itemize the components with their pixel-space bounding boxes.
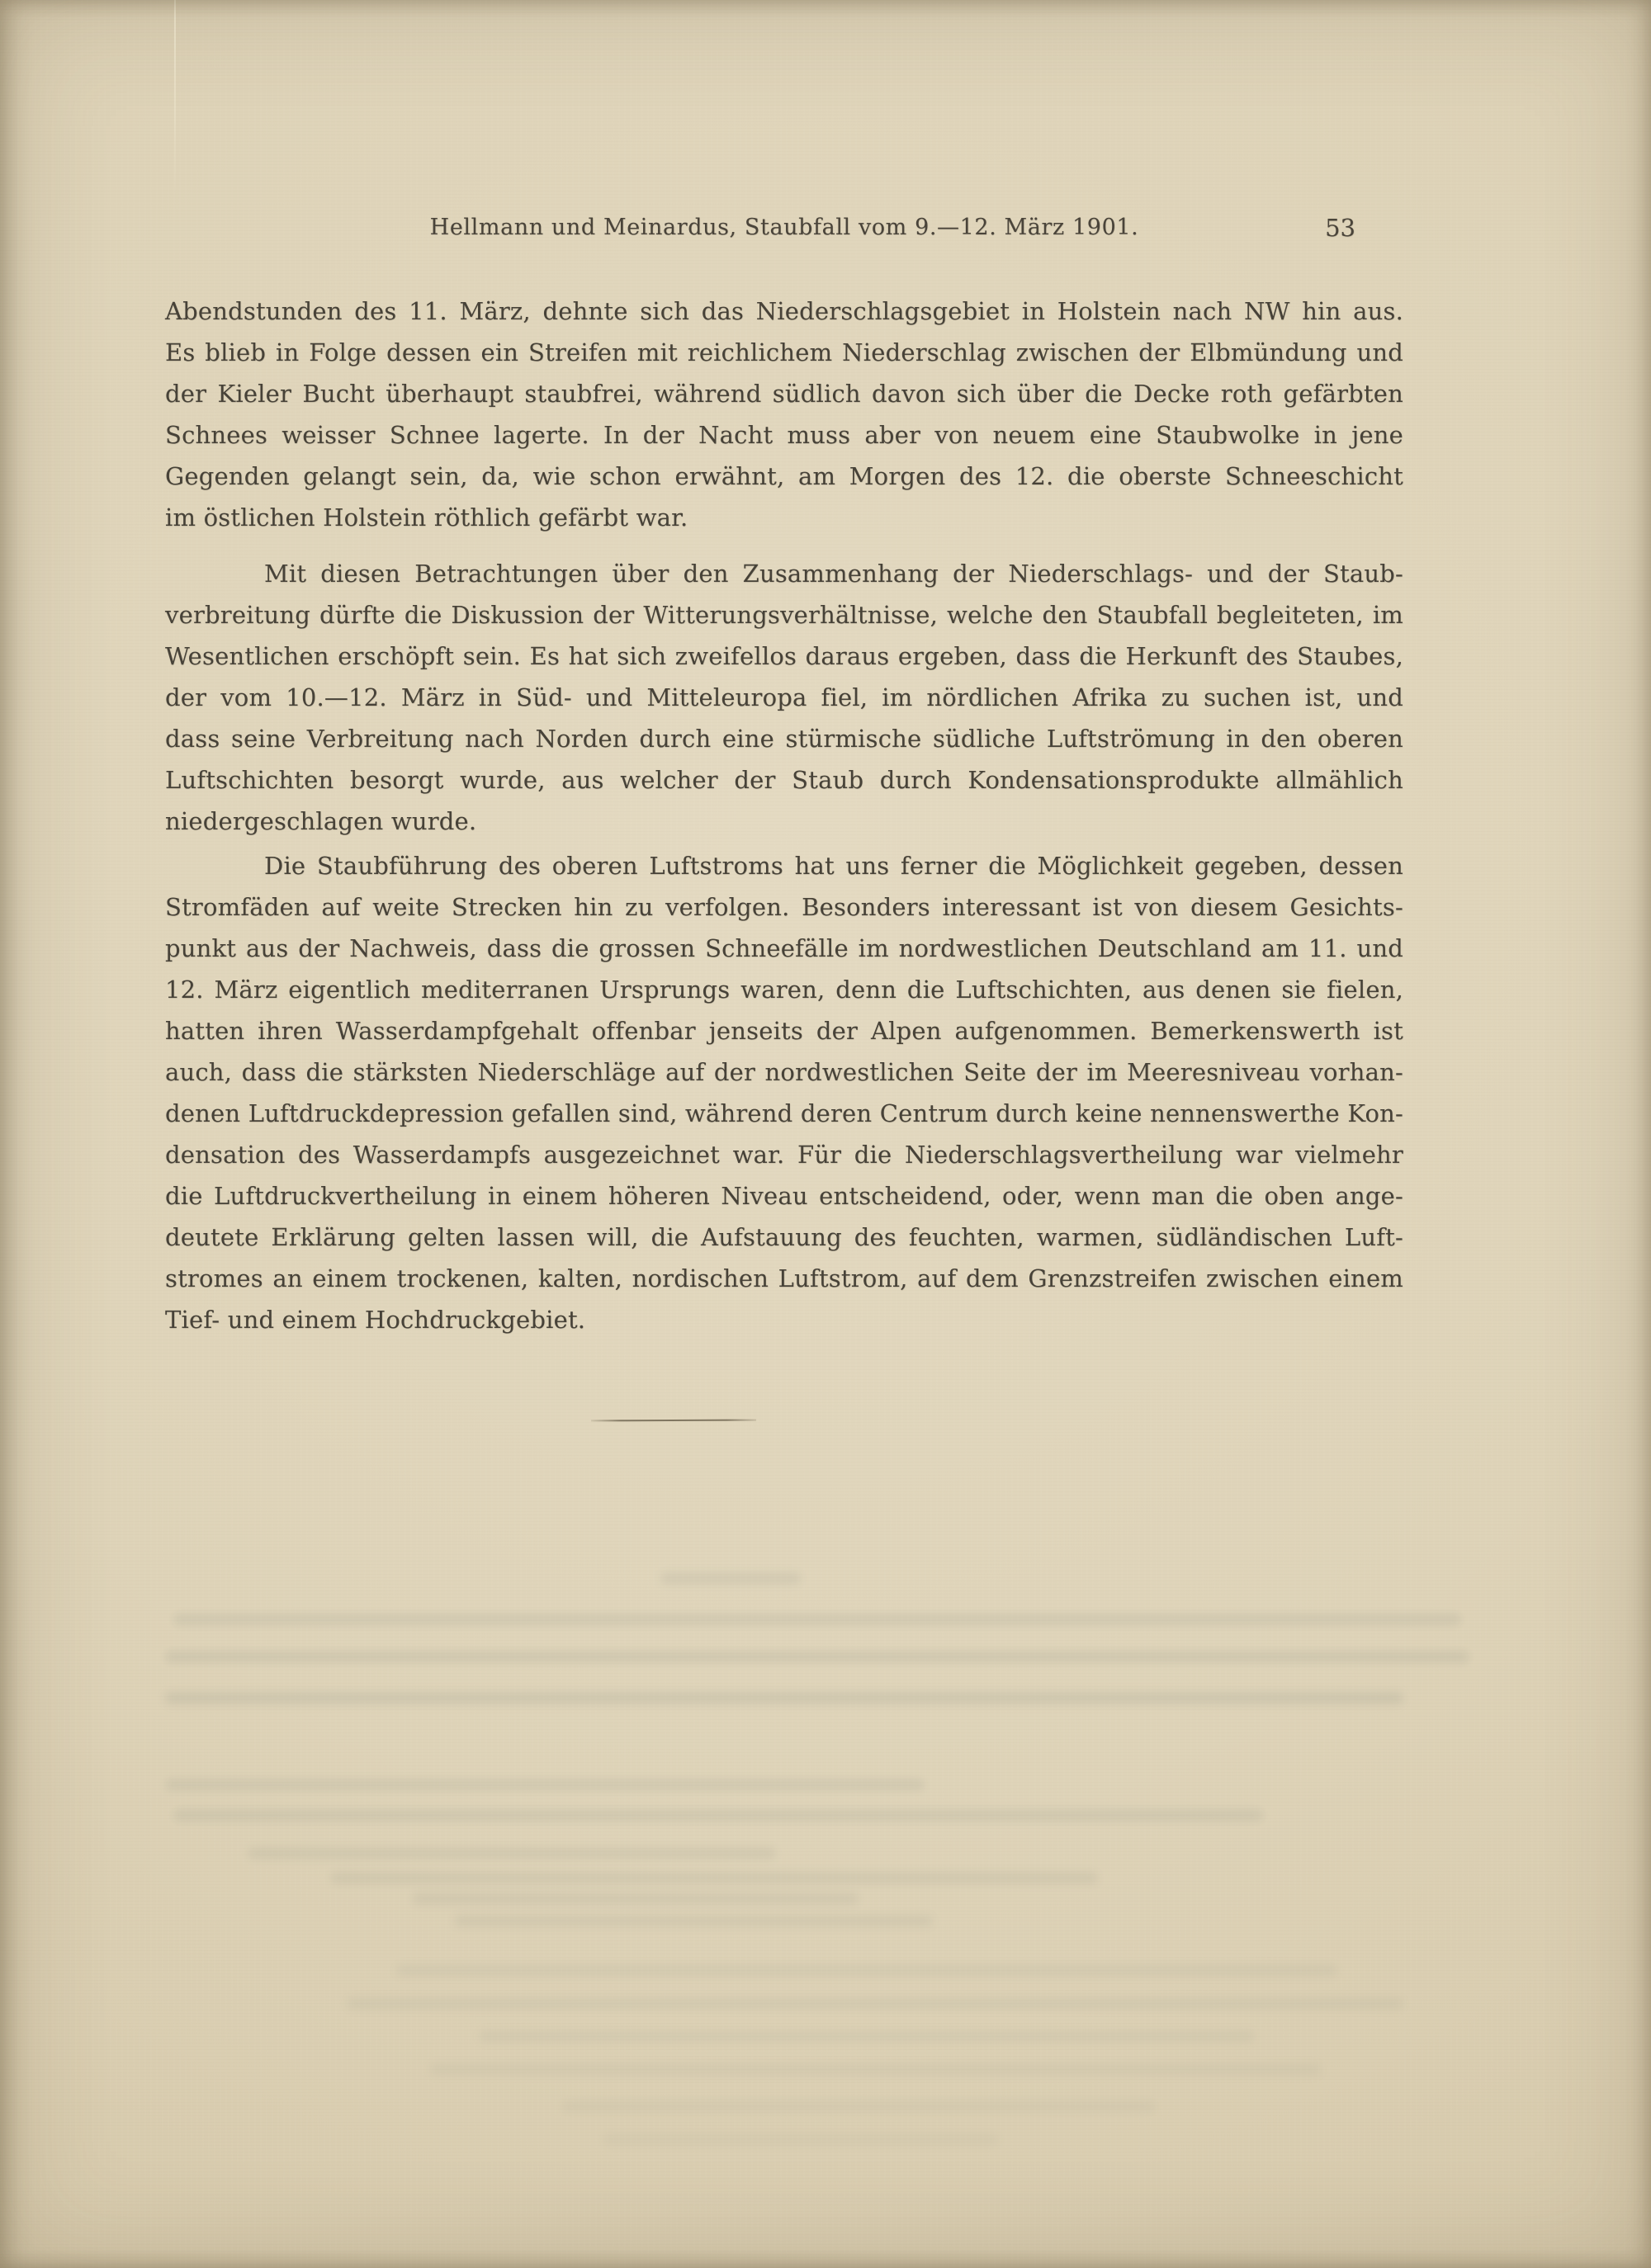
- text-line: der vom 10.—12. März in Süd- und Mittele…: [165, 677, 1403, 718]
- show-through-smudge: [429, 2063, 1321, 2076]
- text-line: Abendstunden des 11. März, dehnte sich d…: [165, 291, 1403, 332]
- show-through-smudge: [165, 1651, 1469, 1663]
- text-line: Tief- und einem Hochdruckgebiet.: [165, 1299, 1403, 1340]
- section-divider-rule: [591, 1420, 756, 1422]
- text-line: Wesentlichen erschöpft sein. Es hat sich…: [165, 636, 1403, 677]
- show-through-smudge: [165, 1779, 925, 1791]
- page-number: 53: [1325, 211, 1355, 244]
- paper-crease: [174, 0, 176, 194]
- text-line: densation des Wasserdampfs ausgezeichnet…: [165, 1134, 1403, 1175]
- show-through-smudge: [396, 1964, 1337, 1977]
- show-through-smudge: [454, 1915, 933, 1927]
- show-through-smudge: [660, 1572, 801, 1585]
- text-line: punkt aus der Nachweis, dass die grossen…: [165, 928, 1403, 969]
- show-through-smudge: [173, 1614, 1461, 1626]
- text-line: deutete Erklärung gelten lassen will, di…: [165, 1217, 1403, 1258]
- show-through-smudge: [603, 2133, 999, 2146]
- text-line: Stromfäden auf weite Strecken hin zu ver…: [165, 886, 1403, 928]
- body-text-block: Abendstunden des 11. März, dehnte sich d…: [165, 291, 1403, 1340]
- running-head-title: Hellmann und Meinardus, Staubfall vom 9.…: [165, 211, 1403, 244]
- text-line: dass seine Verbreitung nach Norden durch…: [165, 718, 1403, 759]
- show-through-smudge: [330, 1872, 1098, 1884]
- text-line: Luftschichten besorgt wurde, aus welcher…: [165, 759, 1403, 801]
- text-line: Die Staubführung des oberen Luftstroms h…: [165, 845, 1403, 886]
- show-through-smudge: [248, 1847, 776, 1859]
- scanned-book-page: Hellmann und Meinardus, Staubfall vom 9.…: [0, 0, 1651, 2268]
- text-line: stromes an einem trockenen, kalten, nord…: [165, 1258, 1403, 1299]
- text-line: die Luftdruckvertheilung in einem höhere…: [165, 1175, 1403, 1217]
- text-line: niedergeschlagen wurde.: [165, 801, 1403, 842]
- text-line: im östlichen Holstein röthlich gefärbt w…: [165, 497, 1403, 538]
- text-line: auch, dass die stärksten Niederschläge a…: [165, 1051, 1403, 1093]
- text-line: verbreitung dürfte die Diskussion der Wi…: [165, 594, 1403, 636]
- paragraph: Abendstunden des 11. März, dehnte sich d…: [165, 291, 1403, 538]
- running-head: Hellmann und Meinardus, Staubfall vom 9.…: [165, 211, 1403, 244]
- text-line: 12. März eigentlich mediterranen Ursprun…: [165, 969, 1403, 1010]
- text-line: Schnees weisser Schnee lagerte. In der N…: [165, 414, 1403, 456]
- show-through-smudge: [165, 1692, 1403, 1704]
- text-line: der Kieler Bucht überhaupt staubfrei, wä…: [165, 373, 1403, 414]
- show-through-smudge: [173, 1809, 1263, 1821]
- text-line: Mit diesen Betrachtungen über den Zusamm…: [165, 553, 1403, 594]
- show-through-smudge: [479, 2030, 1255, 2043]
- show-through-smudge: [561, 2100, 1156, 2113]
- text-line: hatten ihren Wasserdampfgehalt offenbar …: [165, 1010, 1403, 1051]
- text-line: Es blieb in Folge dessen ein Streifen mi…: [165, 332, 1403, 373]
- text-line: denen Luftdruckdepression gefallen sind,…: [165, 1093, 1403, 1134]
- paragraph: Mit diesen Betrachtungen über den Zusamm…: [165, 553, 1403, 842]
- paragraph: Die Staubführung des oberen Luftstroms h…: [165, 845, 1403, 1340]
- show-through-smudge: [413, 1892, 859, 1905]
- text-line: Gegenden gelangt sein, da, wie schon erw…: [165, 456, 1403, 497]
- show-through-smudge: [347, 1997, 1403, 2010]
